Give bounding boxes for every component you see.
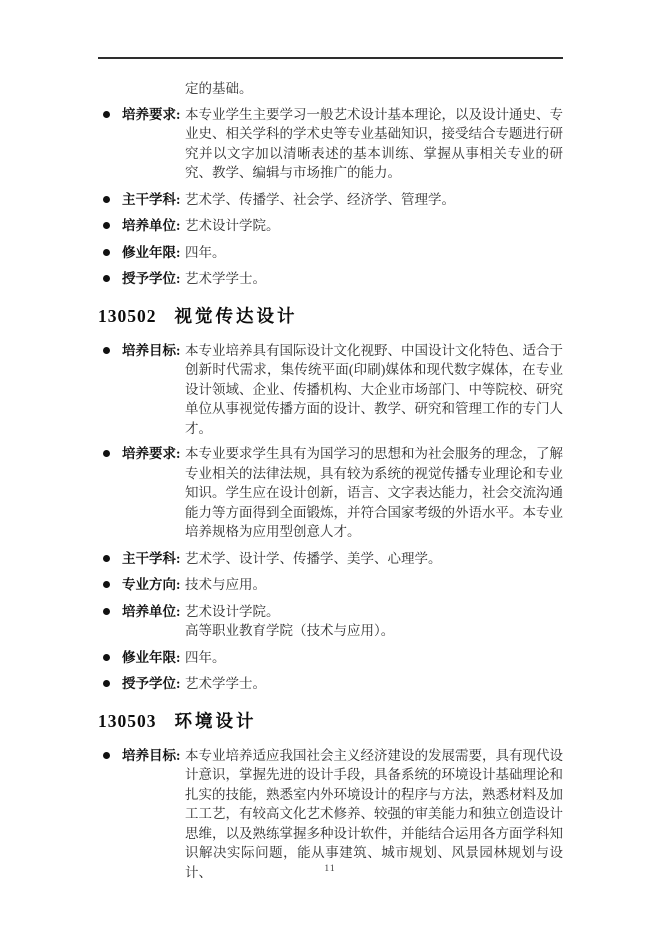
field-text: 本专业培养适应我国社会主义经济建设的发展需要，具有现代设计意识，掌握先进的设计手…	[185, 746, 563, 883]
field-label: 培养目标:	[122, 341, 185, 361]
field-item-peiyangyaoqiu: 培养要求: 本专业要求学生具有为国学习的思想和为社会服务的理念，了解专业相关的法…	[98, 444, 563, 542]
major-code: 130502	[98, 306, 157, 326]
header-rule	[98, 57, 563, 59]
field-text: 艺术设计学院。	[185, 216, 563, 236]
major-code: 130503	[98, 711, 157, 731]
section-continuation: 培养要求: 本专业学生主要学习一般艺术设计基本理论，以及设计通史、专业史、相关学…	[98, 105, 563, 289]
bullet-icon	[103, 648, 122, 661]
field-item-xiuyenianxian: 修业年限: 四年。	[98, 243, 563, 263]
major-title: 视觉传达设计	[175, 306, 298, 326]
field-item-shouyuxuewei: 授予学位: 艺术学学士。	[98, 269, 563, 289]
field-item-shouyuxuewei: 授予学位: 艺术学学士。	[98, 674, 563, 694]
bullet-icon	[103, 602, 122, 615]
field-text: 艺术学学士。	[185, 674, 563, 694]
field-item-zhuganxueke: 主干学科: 艺术学、设计学、传播学、美学、心理学。	[98, 549, 563, 569]
bullet-icon	[103, 444, 122, 457]
field-item-peiyangdanwei: 培养单位: 艺术设计学院。 高等职业教育学院（技术与应用）。	[98, 602, 563, 641]
field-text-line1: 艺术设计学院。	[185, 602, 563, 622]
field-text: 四年。	[185, 243, 563, 263]
field-label: 专业方向:	[122, 575, 185, 595]
continuation-text: 定的基础。	[98, 79, 563, 99]
bullet-icon	[103, 341, 122, 354]
section-130502: 130502视觉传达设计 培养目标: 本专业培养具有国际设计文化视野、中国设计文…	[98, 304, 563, 694]
field-label: 修业年限:	[122, 648, 185, 668]
major-title: 环境设计	[175, 711, 257, 731]
bullet-icon	[103, 575, 122, 588]
field-text: 本专业学生主要学习一般艺术设计基本理论，以及设计通史、专业史、相关学科的学术史等…	[185, 105, 563, 183]
field-label: 培养要求:	[122, 444, 185, 464]
field-label: 培养单位:	[122, 216, 185, 236]
field-label: 培养要求:	[122, 105, 185, 125]
field-item-peiyangmubiao: 培养目标: 本专业培养具有国际设计文化视野、中国设计文化特色、适合于创新时代需求…	[98, 341, 563, 439]
section-130503: 130503环境设计 培养目标: 本专业培养适应我国社会主义经济建设的发展需要，…	[98, 709, 563, 883]
field-item-peiyangyaoqiu: 培养要求: 本专业学生主要学习一般艺术设计基本理论，以及设计通史、专业史、相关学…	[98, 105, 563, 183]
field-label: 修业年限:	[122, 243, 185, 263]
field-text: 技术与应用。	[185, 575, 563, 595]
bullet-icon	[103, 269, 122, 282]
field-text: 艺术学、传播学、社会学、经济学、管理学。	[185, 190, 563, 210]
field-label: 授予学位:	[122, 269, 185, 289]
document-page: 定的基础。 培养要求: 本专业学生主要学习一般艺术设计基本理论，以及设计通史、专…	[0, 0, 660, 934]
section-heading: 130503环境设计	[98, 709, 563, 733]
field-item-zhuganxueke: 主干学科: 艺术学、传播学、社会学、经济学、管理学。	[98, 190, 563, 210]
bullet-icon	[103, 746, 122, 759]
bullet-icon	[103, 243, 122, 256]
field-label: 主干学科:	[122, 190, 185, 210]
bullet-icon	[103, 216, 122, 229]
bullet-icon	[103, 105, 122, 118]
field-text: 艺术设计学院。 高等职业教育学院（技术与应用）。	[185, 602, 563, 641]
field-text: 本专业要求学生具有为国学习的思想和为社会服务的理念，了解专业相关的法律法规，具有…	[185, 444, 563, 542]
field-label: 培养单位:	[122, 602, 185, 622]
field-item-peiyangdanwei: 培养单位: 艺术设计学院。	[98, 216, 563, 236]
field-text: 艺术学、设计学、传播学、美学、心理学。	[185, 549, 563, 569]
bullet-icon	[103, 190, 122, 203]
field-text-line2: 高等职业教育学院（技术与应用）。	[185, 621, 563, 641]
field-label: 授予学位:	[122, 674, 185, 694]
field-item-peiyangmubiao: 培养目标: 本专业培养适应我国社会主义经济建设的发展需要，具有现代设计意识，掌握…	[98, 746, 563, 883]
bullet-icon	[103, 674, 122, 687]
page-number: 11	[0, 864, 660, 874]
field-text: 本专业培养具有国际设计文化视野、中国设计文化特色、适合于创新时代需求，集传统平面…	[185, 341, 563, 439]
field-label: 培养目标:	[122, 746, 185, 766]
field-item-zhuanyefangxiang: 专业方向: 技术与应用。	[98, 575, 563, 595]
field-text: 艺术学学士。	[185, 269, 563, 289]
field-item-xiuyenianxian: 修业年限: 四年。	[98, 648, 563, 668]
field-label: 主干学科:	[122, 549, 185, 569]
section-heading: 130502视觉传达设计	[98, 304, 563, 328]
field-text: 四年。	[185, 648, 563, 668]
bullet-icon	[103, 549, 122, 562]
